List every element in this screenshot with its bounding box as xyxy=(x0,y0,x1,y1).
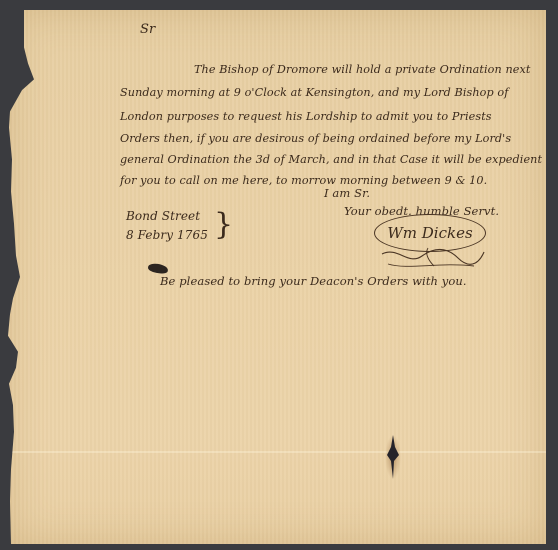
address-street: Bond Street xyxy=(126,209,200,223)
postscript: Be pleased to bring your Deacon's Orders… xyxy=(160,274,467,288)
letter-paper: Sr The Bishop of Dromore will hold a pri… xyxy=(8,10,546,544)
body-line-2: Sunday morning at 9 o'Clock at Kensingto… xyxy=(120,86,508,99)
signature-flourish-icon xyxy=(378,244,488,270)
closing-line-1: I am Sr. xyxy=(324,186,370,200)
address-brace: } xyxy=(214,210,233,240)
body-line-5: general Ordination the 3d of March, and … xyxy=(120,153,542,166)
paper-fold-line xyxy=(8,451,546,453)
ink-blot-icon xyxy=(147,263,168,275)
body-line-1: The Bishop of Dromore will hold a privat… xyxy=(194,63,531,76)
signature: Wm Dickes xyxy=(387,224,472,242)
burn-hole-icon xyxy=(385,433,401,481)
body-line-4: Orders then, if you are desirous of bein… xyxy=(120,132,511,145)
salutation: Sr xyxy=(140,22,155,37)
body-line-3: London purposes to request his Lordship … xyxy=(120,110,492,123)
body-line-6: for you to call on me here, to morrow mo… xyxy=(120,174,487,187)
address-date: 8 Febry 1765 xyxy=(126,228,208,242)
